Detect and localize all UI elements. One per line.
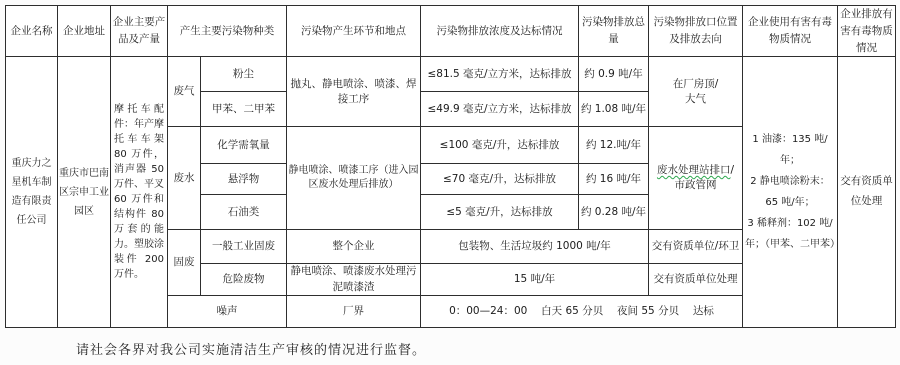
row-dust: 重庆力之星机车制造有限责任公司 重庆市巴南区宗申工业园区 摩托车配件：年产摩托车… (6, 57, 896, 92)
water-destination-slash: / (730, 164, 734, 176)
cell-dust-total: 约 0.9 吨/年 (579, 57, 649, 92)
cell-hazardous-stage: 静电喷涂、喷漆废水处理污泥喷漆渣 (287, 264, 421, 295)
cell-cod-type: 化学需氧量 (201, 127, 287, 164)
cell-general-solid-destination: 交有资质单位/环卫 (649, 230, 743, 264)
cell-category-solid-waste: 固废 (168, 230, 201, 295)
cell-hazardous-type: 危险废物 (201, 264, 287, 295)
cell-oil-type: 石油类 (201, 195, 287, 230)
cell-general-solid-type: 一般工业固废 (201, 230, 287, 264)
cell-general-solid-amount: 包装物、生活垃圾约 1000 吨/年 (421, 230, 649, 264)
toxic-use-item-thinner: 3 稀释剂：102 吨/年；（甲苯、二甲苯） (745, 213, 835, 255)
water-destination-network: 市政管网 (650, 178, 741, 193)
header-outlet-destination: 污染物排放口位置及排放去向 (649, 6, 743, 57)
cell-water-destination: 废水处理站排口/ 市政管网 (649, 127, 743, 230)
cell-company-address: 重庆市巴南区宗申工业园区 (58, 57, 111, 327)
cell-category-waste-gas: 废气 (168, 57, 201, 127)
cell-cod-total: 约 12.吨/年 (579, 127, 649, 164)
cell-dust-type: 粉尘 (201, 57, 287, 92)
gas-destination-line2: 大气 (650, 92, 741, 107)
cell-oil-total: 约 0.28 吨/年 (579, 195, 649, 230)
cell-gas-destination: 在厂房顶/ 大气 (649, 57, 743, 127)
cell-toxic-emission: 交有资质单位处理 (838, 57, 896, 327)
header-emission-concentration: 污染物排放浓度及达标情况 (421, 6, 579, 57)
cell-hazardous-destination: 交有资质单位处理 (649, 264, 743, 295)
header-toxic-emission: 企业排放有害有毒物质情况 (838, 6, 896, 57)
cell-toxic-use: 1 油漆：135 吨/年； 2 静电喷涂粉末：65 吨/年； 3 稀释剂：102… (743, 57, 838, 327)
header-company-name: 企业名称 (6, 6, 58, 57)
footer-note: 请社会各界对我公司实施清洁生产审核的情况进行监督。 (76, 339, 426, 358)
cell-general-solid-stage: 整个企业 (287, 230, 421, 264)
toxic-use-item-powder: 2 静电喷涂粉末：65 吨/年； (745, 171, 835, 213)
cell-ss-concentration: ≤70 毫克/升，达标排放 (421, 164, 579, 195)
header-company-address: 企业地址 (58, 6, 111, 57)
cell-toluene-type: 甲苯、二甲苯 (201, 92, 287, 127)
cell-toluene-concentration: ≤49.9 毫克/立方米，达标排放 (421, 92, 579, 127)
cell-noise-stage: 厂界 (287, 295, 421, 327)
gas-destination-line1: 在厂房顶/ (650, 77, 741, 92)
header-generation-stage: 污染物产生环节和地点 (287, 6, 421, 57)
toxic-use-item-paint: 1 油漆：135 吨/年； (745, 129, 835, 171)
pollution-disclosure-table: 企业名称 企业地址 企业主要产品及产量 产生主要污染物种类 污染物产生环节和地点… (5, 5, 896, 328)
header-main-products: 企业主要产品及产量 (111, 6, 168, 57)
cell-hazardous-amount: 15 吨/年 (421, 264, 649, 295)
cell-dust-concentration: ≤81.5 毫克/立方米，达标排放 (421, 57, 579, 92)
cell-noise-category: 噪声 (168, 295, 287, 327)
cell-company-name: 重庆力之星机车制造有限责任公司 (6, 57, 58, 327)
cell-category-waste-water: 废水 (168, 127, 201, 230)
cell-main-products: 摩托车配件：年产摩托车车架 80 万件，消声器 50 万件、平叉 60 万件和结… (111, 57, 168, 327)
water-destination-outlet: 废水处理站排口 (657, 164, 731, 176)
cell-toluene-total: 约 1.08 吨/年 (579, 92, 649, 127)
cell-noise-detail: 0：00—24：00 白天 65 分贝 夜间 55 分贝 达标 (421, 295, 743, 327)
header-toxic-use: 企业使用有害有毒物质情况 (743, 6, 838, 57)
header-emission-total: 污染物排放总量 (579, 6, 649, 57)
cell-water-stage: 静电喷涂、喷漆工序（进入园区废水处理后排放） (287, 127, 421, 230)
cell-cod-concentration: ≤100 毫克/升，达标排放 (421, 127, 579, 164)
cell-ss-total: 约 16 吨/年 (579, 164, 649, 195)
cell-oil-concentration: ≤5 毫克/升，达标排放 (421, 195, 579, 230)
cell-gas-stage: 抛丸、静电喷涂、喷漆、焊接工序 (287, 57, 421, 127)
header-row: 企业名称 企业地址 企业主要产品及产量 产生主要污染物种类 污染物产生环节和地点… (6, 6, 896, 57)
cell-ss-type: 悬浮物 (201, 164, 287, 195)
header-pollutant-types: 产生主要污染物种类 (168, 6, 287, 57)
